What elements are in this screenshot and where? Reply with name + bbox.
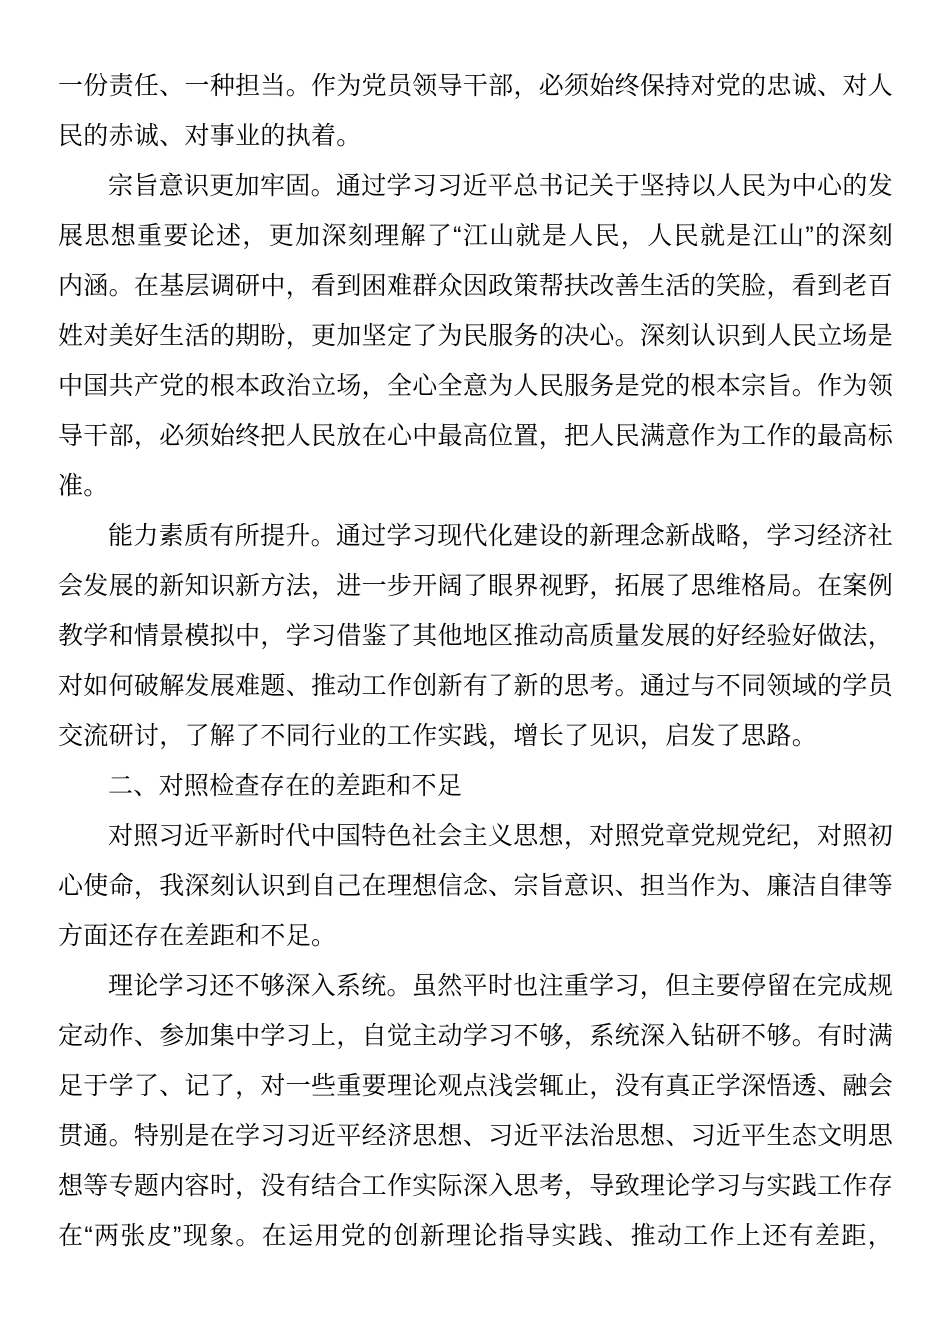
text-line: 内涵。在基层调研中，看到困难群众因政策帮扶改善生活的笑脸，看到老百	[58, 261, 893, 311]
text-line: 会发展的新知识新方法，进一步开阔了眼界视野，拓展了思维格局。在案例	[58, 561, 893, 611]
text-line: 在“两张皮”现象。在运用党的创新理论指导实践、推动工作上还有差距，	[58, 1211, 893, 1261]
document-page: 一份责任、一种担当。作为党员领导干部，必须始终保持对党的忠诚、对人民的赤诚、对事…	[0, 0, 950, 1344]
text-line: 心使命，我深刻认识到自己在理想信念、宗旨意识、担当作为、廉洁自律等	[58, 861, 893, 911]
text-line: 对如何破解发展难题、推动工作创新有了新的思考。通过与不同领域的学员	[58, 661, 893, 711]
para-capability-improvement: 能力素质有所提升。通过学习现代化建设的新理念新战略，学习经济社会发展的新知识新方…	[58, 511, 893, 761]
text-line: 方面还存在差距和不足。	[58, 911, 893, 961]
text-line: 能力素质有所提升。通过学习现代化建设的新理念新战略，学习经济社	[58, 511, 893, 561]
text-line: 姓对美好生活的期盼，更加坚定了为民服务的决心。深刻认识到人民立场是	[58, 311, 893, 361]
para-purpose-awareness: 宗旨意识更加牢固。通过学习习近平总书记关于坚持以人民为中心的发展思想重要论述，更…	[58, 161, 893, 511]
text-line: 足于学了、记了，对一些重要理论观点浅尝辄止，没有真正学深悟透、融会	[58, 1061, 893, 1111]
para-self-examination-summary: 对照习近平新时代中国特色社会主义思想，对照党章党规党纪，对照初心使命，我深刻认识…	[58, 811, 893, 961]
text-line: 宗旨意识更加牢固。通过学习习近平总书记关于坚持以人民为中心的发	[58, 161, 893, 211]
document-body: 一份责任、一种担当。作为党员领导干部，必须始终保持对党的忠诚、对人民的赤诚、对事…	[58, 61, 893, 1261]
para-theory-study-gap: 理论学习还不够深入系统。虽然平时也注重学习，但主要停留在完成规定动作、参加集中学…	[58, 961, 893, 1261]
text-line: 交流研讨，了解了不同行业的工作实践，增长了见识，启发了思路。	[58, 711, 893, 761]
text-line: 定动作、参加集中学习上，自觉主动学习不够，系统深入钻研不够。有时满	[58, 1011, 893, 1061]
text-line: 准。	[58, 461, 893, 511]
text-line: 贯通。特别是在学习习近平经济思想、习近平法治思想、习近平生态文明思	[58, 1111, 893, 1161]
heading-line: 二、对照检查存在的差距和不足	[58, 761, 893, 811]
heading-section-two: 二、对照检查存在的差距和不足	[58, 761, 893, 811]
text-line: 一份责任、一种担当。作为党员领导干部，必须始终保持对党的忠诚、对人	[58, 61, 893, 111]
text-line: 展思想重要论述，更加深刻理解了“江山就是人民，人民就是江山”的深刻	[58, 211, 893, 261]
text-line: 导干部，必须始终把人民放在心中最高位置，把人民满意作为工作的最高标	[58, 411, 893, 461]
text-line: 民的赤诚、对事业的执着。	[58, 111, 893, 161]
para-responsibility-continuation: 一份责任、一种担当。作为党员领导干部，必须始终保持对党的忠诚、对人民的赤诚、对事…	[58, 61, 893, 161]
text-line: 对照习近平新时代中国特色社会主义思想，对照党章党规党纪，对照初	[58, 811, 893, 861]
text-line: 理论学习还不够深入系统。虽然平时也注重学习，但主要停留在完成规	[58, 961, 893, 1011]
text-line: 想等专题内容时，没有结合工作实际深入思考，导致理论学习与实践工作存	[58, 1161, 893, 1211]
text-line: 中国共产党的根本政治立场，全心全意为人民服务是党的根本宗旨。作为领	[58, 361, 893, 411]
text-line: 教学和情景模拟中，学习借鉴了其他地区推动高质量发展的好经验好做法，	[58, 611, 893, 661]
